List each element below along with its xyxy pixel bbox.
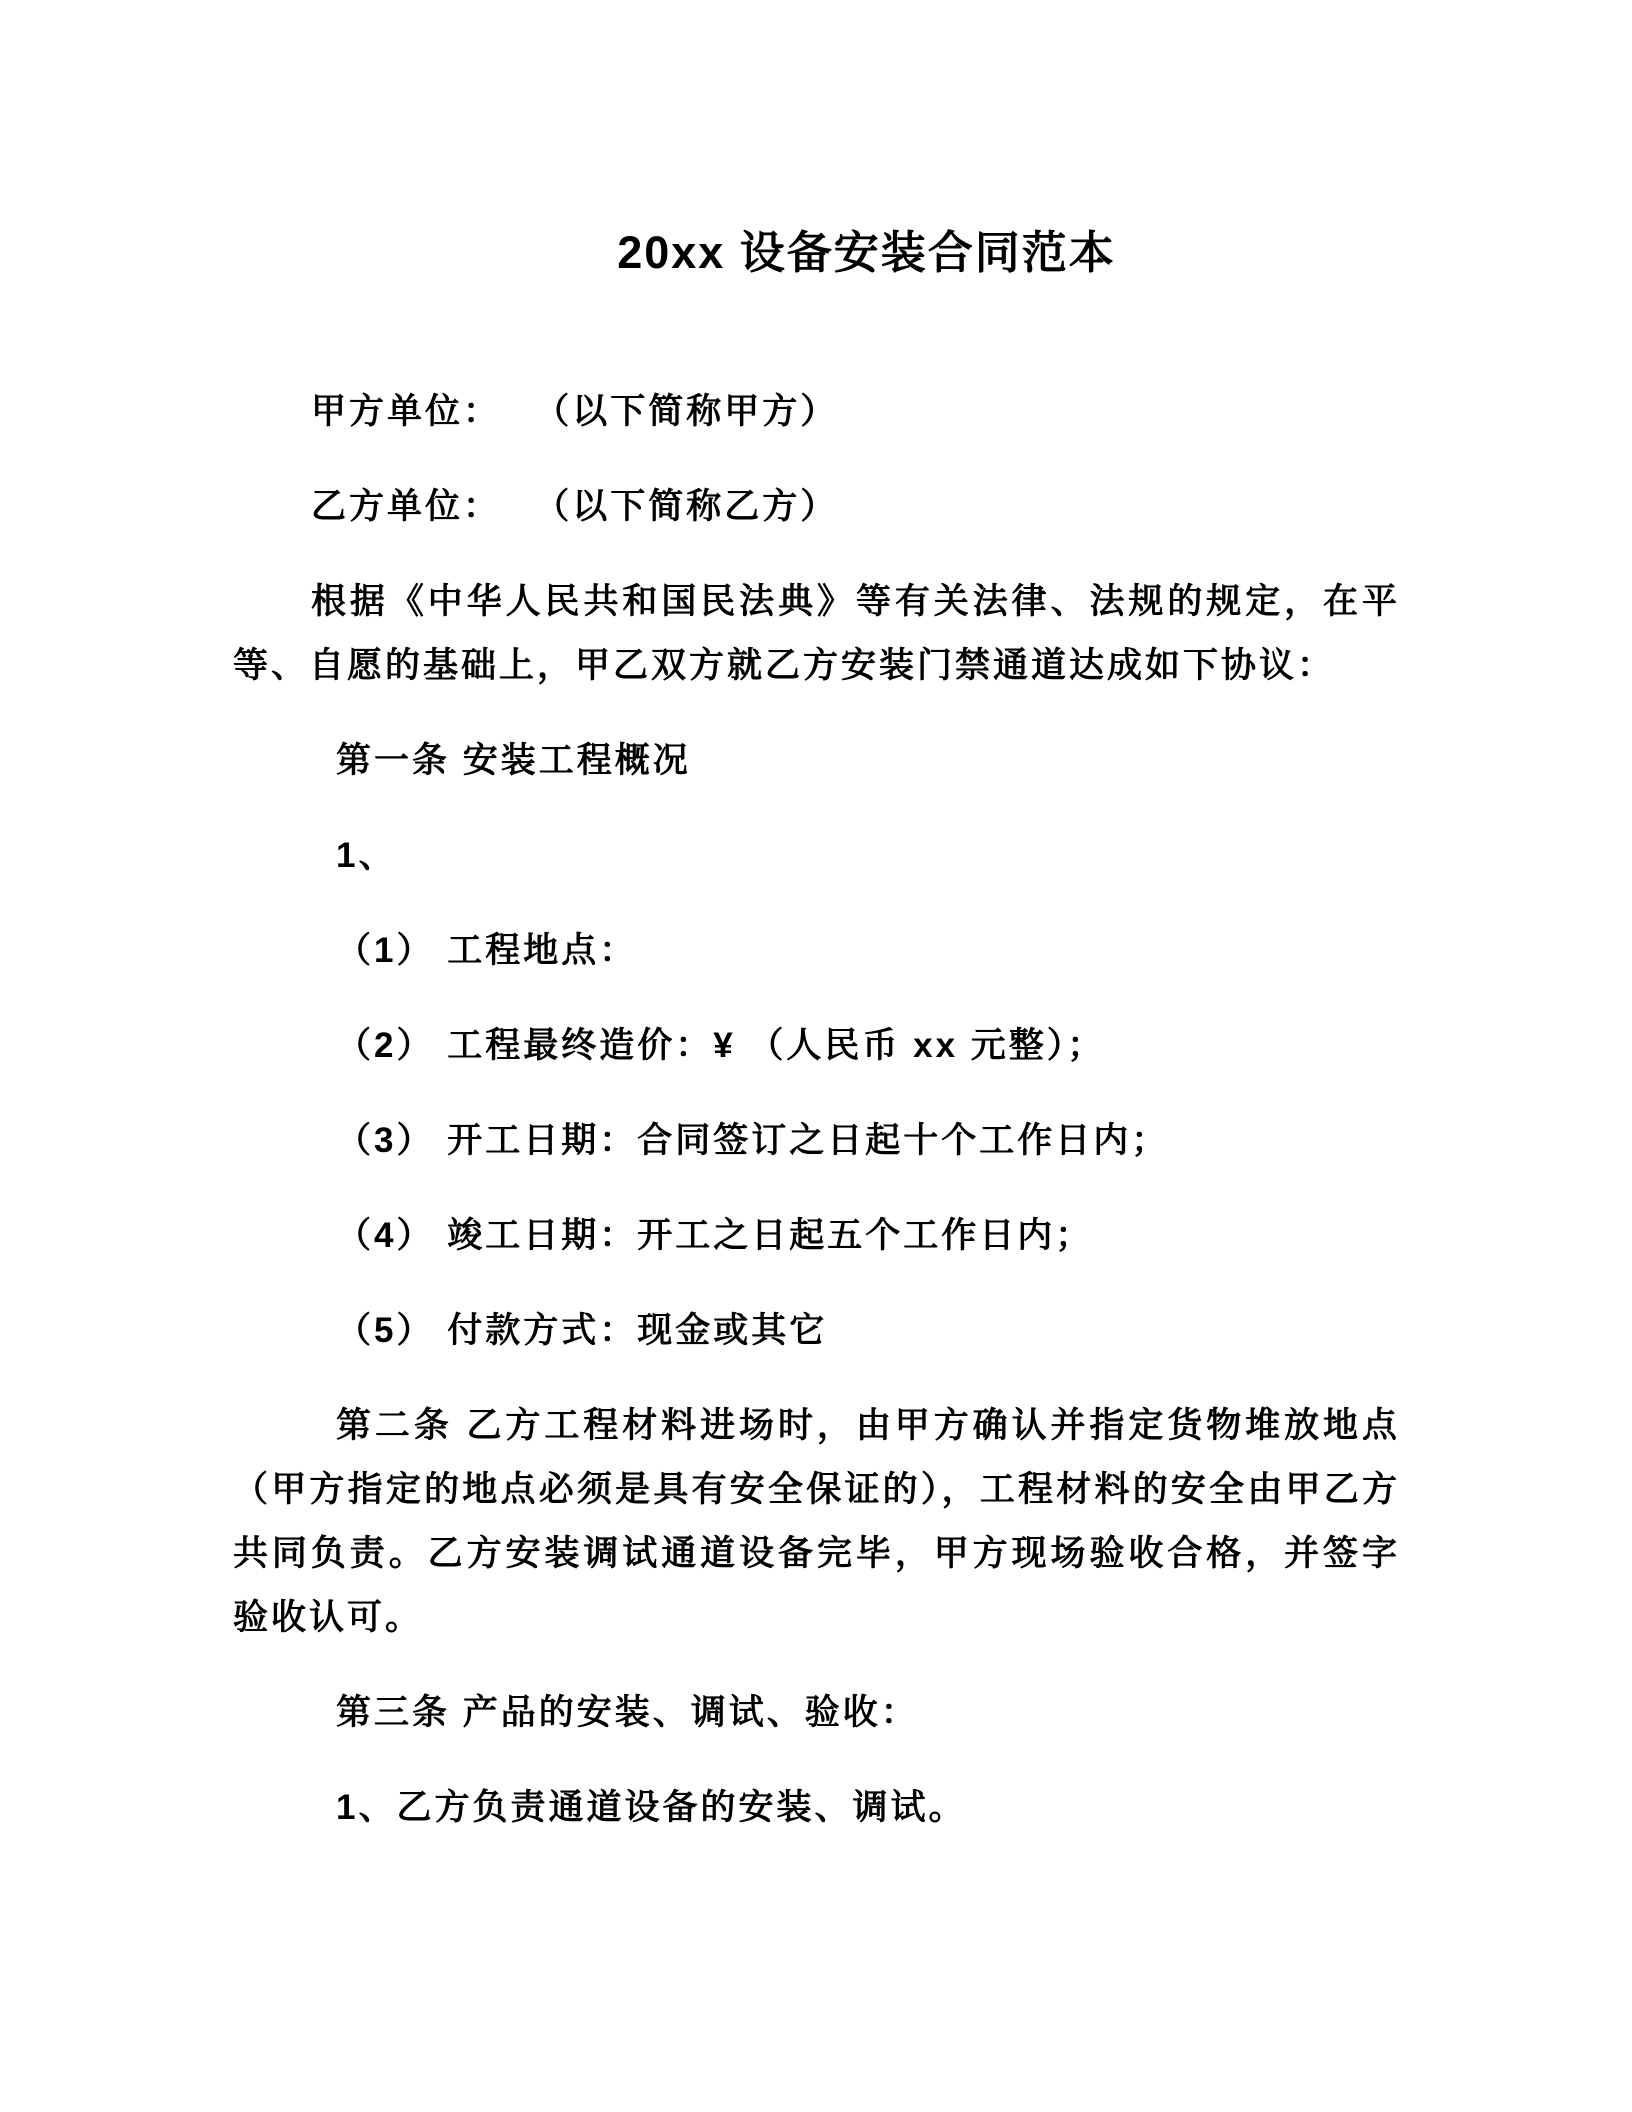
paragraph-item-5: （5） 付款方式：现金或其它: [233, 1299, 1400, 1363]
paragraph-party-b: 乙方单位： （以下简称乙方）: [233, 475, 1400, 539]
paragraph-item-2: （2） 工程最终造价：¥ （人民币 xx 元整）；: [233, 1014, 1400, 1078]
paragraph-clause-3-item-1: 1、乙方负责通道设备的安装、调试。: [233, 1776, 1400, 1840]
paragraph-clause-2: 第二条 乙方工程材料进场时，由甲方确认并指定货物堆放地点（甲方指定的地点必须是具…: [233, 1394, 1400, 1650]
paragraph-clause-3-heading: 第三条 产品的安装、调试、验收：: [233, 1681, 1400, 1745]
paragraph-item-3: （3） 开工日期：合同签订之日起十个工作日内；: [233, 1109, 1400, 1173]
contract-title: 20xx 设备安装合同范本: [233, 217, 1400, 289]
paragraph-item-1: （1） 工程地点：: [233, 919, 1400, 983]
paragraph-party-a: 甲方单位： （以下简称甲方）: [233, 380, 1400, 444]
document-page: 20xx 设备安装合同范本 甲方单位： （以下简称甲方） 乙方单位： （以下简称…: [0, 0, 1632, 2112]
paragraph-item-4: （4） 竣工日期：开工之日起五个工作日内；: [233, 1204, 1400, 1268]
paragraph-preamble: 根据《中华人民共和国民法典》等有关法律、法规的规定，在平等、自愿的基础上，甲乙双…: [233, 570, 1400, 698]
paragraph-clause-1-heading: 第一条 安装工程概况: [233, 729, 1400, 793]
paragraph-list-1: 1、: [233, 824, 1400, 888]
